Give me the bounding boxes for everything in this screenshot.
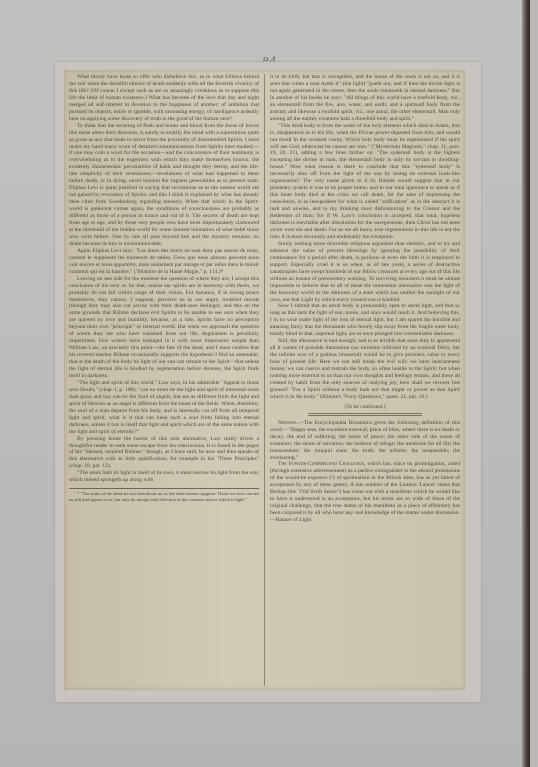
paragraph: it in its birth; but that is corruptible… bbox=[270, 74, 460, 123]
newspaper-clipping: What theory have those to offer who disb… bbox=[64, 70, 465, 690]
nirvana-paragraph: Nirvana.—The Encyclopædia Britannica giv… bbox=[270, 420, 460, 462]
paragraph: Surely nothing more discredits religious… bbox=[270, 241, 460, 304]
paragraph: "The light and spirit of this world," La… bbox=[69, 380, 259, 436]
paragraph: "This third body is from the water of th… bbox=[270, 123, 460, 241]
nirvana-text: —The Encyclopædia Britannica gives the f… bbox=[270, 420, 460, 461]
paragraph: "The souls hath its light in itself of i… bbox=[69, 470, 259, 484]
album-page: 84 What theory have those to offer who d… bbox=[0, 0, 530, 767]
column-divider bbox=[264, 74, 265, 686]
to-be-continued: (To be continued.) bbox=[270, 404, 460, 411]
page-edge bbox=[522, 0, 530, 767]
fowler-text: which has, since its promulgation, aided… bbox=[270, 461, 460, 523]
article-left-column: What theory have those to offer who disb… bbox=[69, 74, 259, 686]
nirvana-lead: Nirvana. bbox=[278, 420, 298, 426]
footnote-divider bbox=[69, 488, 259, 489]
paragraph: By pressing home the horror of this sole… bbox=[69, 436, 259, 471]
section-divider bbox=[308, 413, 422, 416]
article-right-column: it in its birth; but that is corruptible… bbox=[270, 74, 460, 686]
footnote: * "The souls of the dead are not then ab… bbox=[69, 491, 259, 502]
paragraph: Leaving on one side for the moment the q… bbox=[69, 276, 259, 380]
fowler-paragraph: The Fowler-Cumberland Challenge, which h… bbox=[270, 461, 460, 524]
paragraph: Again Eliphas Levi says: "Les âmes des m… bbox=[69, 248, 259, 276]
paragraph: Still, the alternative is bad enough; an… bbox=[270, 338, 460, 401]
paragraph: Now I submit that an astral body is pres… bbox=[270, 303, 460, 338]
fowler-lead: The Fowler-Cumberland Challenge, bbox=[278, 461, 365, 467]
paragraph: To think that the severing of flesh and … bbox=[69, 123, 259, 248]
paragraph: What theory have those to offer who disb… bbox=[69, 74, 259, 123]
